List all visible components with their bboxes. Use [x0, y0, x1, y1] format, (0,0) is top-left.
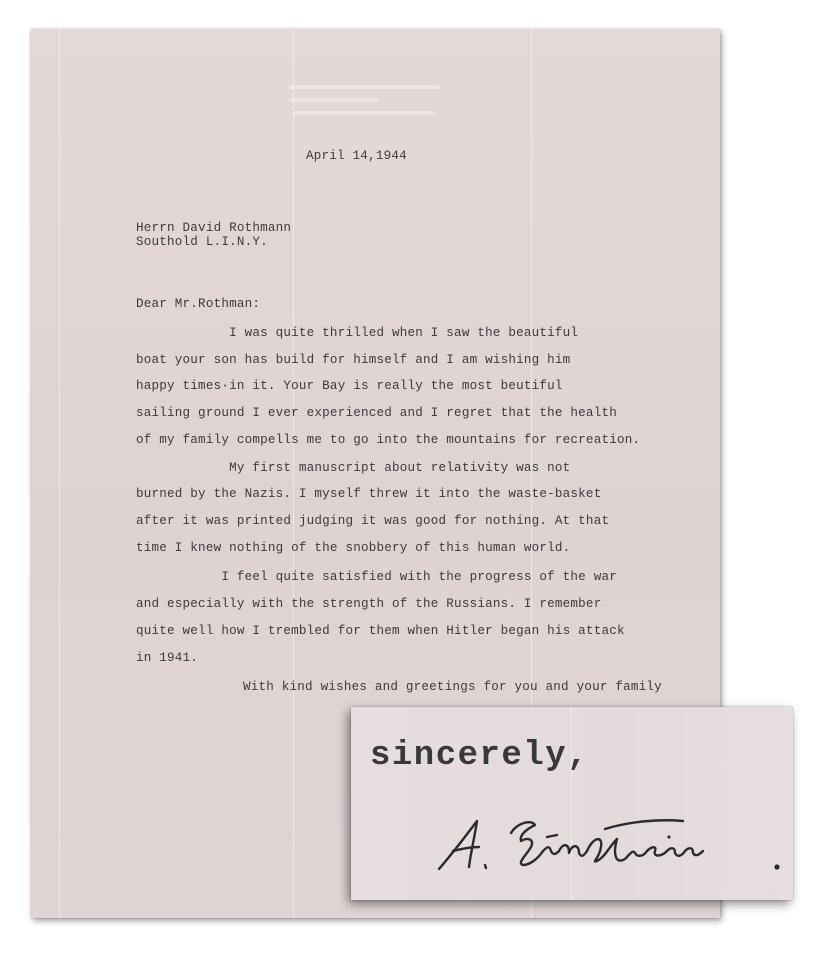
- body-line: and especially with the strength of the …: [136, 597, 601, 611]
- body-line: quite well how I trembled for them when …: [136, 624, 625, 638]
- body-line: boat your son has build for himself and …: [136, 353, 570, 367]
- recipient-address: Southold L.I.N.Y.: [136, 235, 268, 249]
- closing-word: sincerely,: [370, 737, 589, 775]
- recipient-name: Herrn David Rothmann: [136, 221, 291, 235]
- body-line: in 1941.: [136, 651, 198, 665]
- body-line: after it was printed judging it was good…: [136, 514, 609, 528]
- body-line: time I knew nothing of the snobbery of t…: [136, 541, 570, 555]
- signature-inset: sincerely, A. Einstein .: [351, 707, 793, 900]
- salutation: Dear Mr.Rothman:: [136, 297, 260, 311]
- body-line: burned by the Nazis. I myself threw it i…: [136, 487, 601, 501]
- body-line: of my family compells me to go into the …: [136, 433, 640, 447]
- letter-date: April 14,1944: [306, 149, 407, 163]
- body-line: happy times·in it. Your Bay is really th…: [136, 379, 563, 393]
- body-line: With kind wishes and greetings for you a…: [243, 680, 662, 694]
- signature-image: A. Einstein: [431, 807, 791, 887]
- body-line: sailing ground I ever experienced and I …: [136, 406, 617, 420]
- body-line: I was quite thrilled when I saw the beau…: [136, 326, 578, 340]
- paper-fold-line: [59, 29, 60, 918]
- body-line: I feel quite satisfied with the progress…: [136, 570, 617, 584]
- body-line: My first manuscript about relativity was…: [136, 461, 570, 475]
